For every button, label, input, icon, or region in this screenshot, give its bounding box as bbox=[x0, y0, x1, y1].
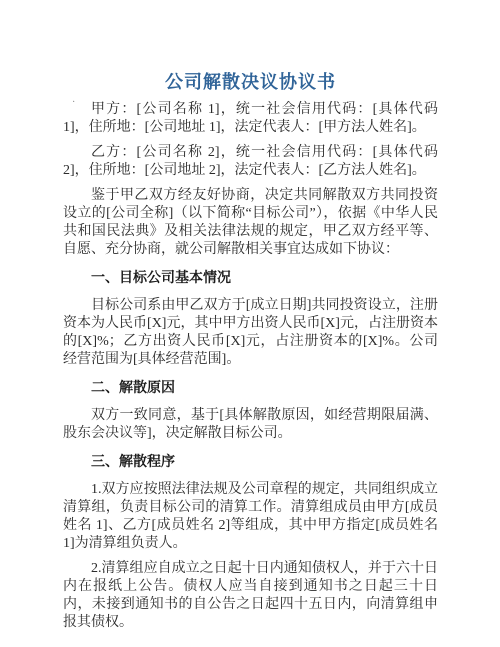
section-2-heading: 二、解散原因 bbox=[63, 380, 438, 398]
dissolution-reason-paragraph: 双方一致同意，基于[具体解散原因，如经营期限届满、股东会决议等]，决定解散目标公… bbox=[63, 407, 438, 443]
procedure-item-2-paragraph: 2.清算组应自成立之日起十日内通知债权人，并于六十日内在报纸上公告。债权人应当自… bbox=[63, 560, 438, 632]
company-info-paragraph: 目标公司系由甲乙双方于[成立日期]共同投资设立，注册资本为人民币[X]元，其中甲… bbox=[63, 297, 438, 369]
party-a-paragraph: 甲方：[公司名称 1]，统一社会信用代码：[具体代码 1]，住所地：[公司地址 … bbox=[63, 101, 438, 137]
preamble-paragraph: 鉴于甲乙双方经友好协商，决定共同解散双方共同投资设立的[公司全称]（以下简称“目… bbox=[63, 187, 438, 259]
document-title: 公司解散决议协议书 bbox=[63, 70, 438, 94]
section-3-heading: 三、解散程序 bbox=[63, 454, 438, 472]
section-1-heading: 一、目标公司基本情况 bbox=[63, 270, 438, 288]
stray-dot-mark: · bbox=[72, 98, 75, 108]
party-b-paragraph: 乙方：[公司名称 2]，统一社会信用代码：[具体代码 2]，住所地：[公司地址 … bbox=[63, 144, 438, 180]
procedure-item-1-paragraph: 1.双方应按照法律法规及公司章程的规定，共同组织成立清算组，负责目标公司的清算工… bbox=[63, 481, 438, 553]
document-page: · 公司解散决议协议书 甲方：[公司名称 1]，统一社会信用代码：[具体代码 1… bbox=[0, 0, 500, 647]
